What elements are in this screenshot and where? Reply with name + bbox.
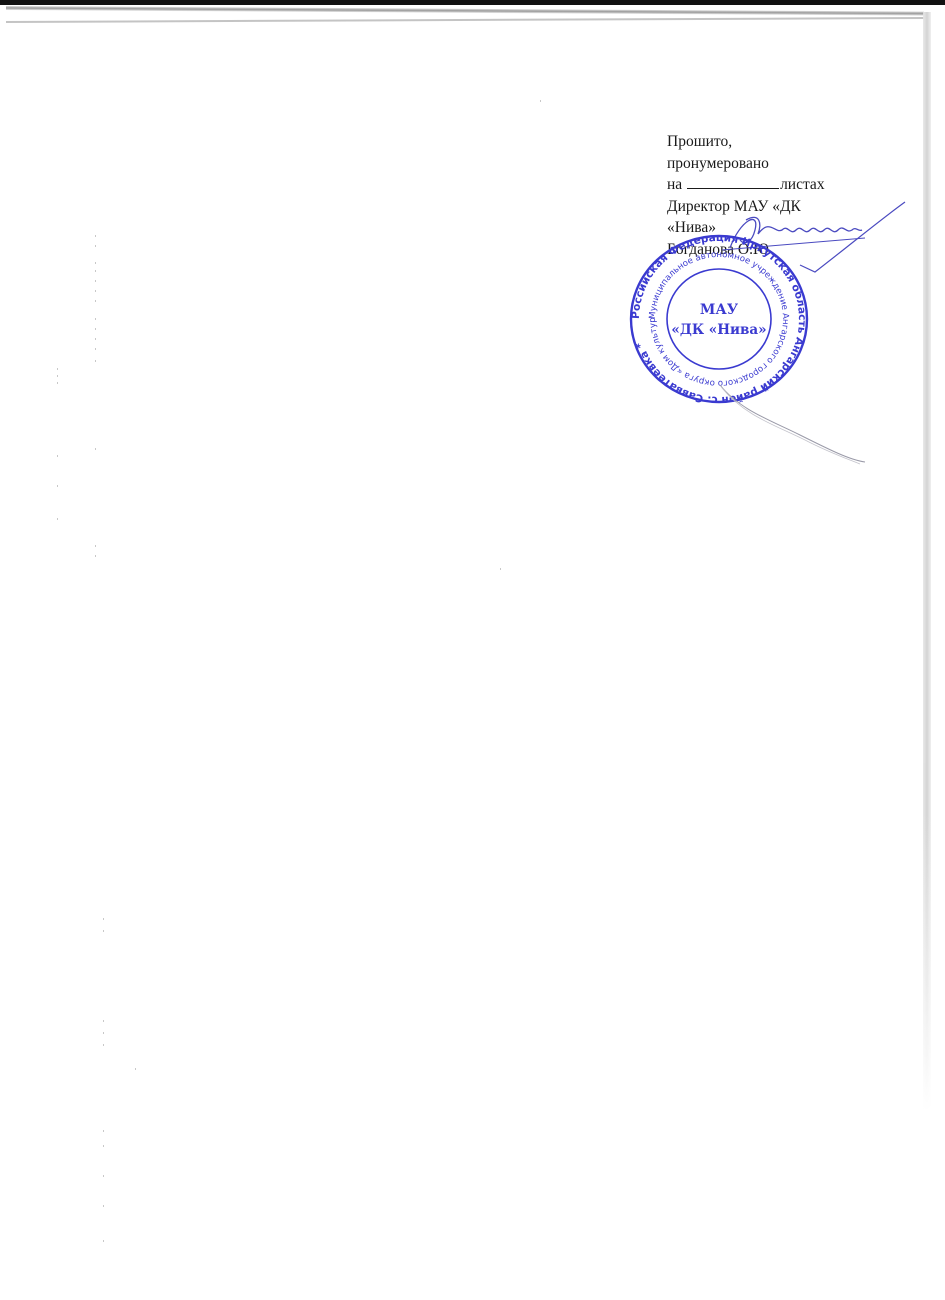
stamp-center-line-2: «ДК «Нива» (671, 322, 766, 338)
scan-speck (95, 262, 96, 264)
scan-speck (95, 280, 96, 282)
scan-speck (103, 1175, 104, 1177)
sheets-prefix: на (667, 176, 682, 193)
scan-page-edge-top (6, 6, 924, 16)
scan-page-edge-top-inner (6, 17, 924, 23)
scan-speck (103, 930, 104, 932)
scan-speck (95, 360, 96, 362)
stamp-icon: Российская Федерация Иркутская область А… (628, 234, 810, 404)
scan-speck (57, 368, 58, 370)
scan-speck (135, 1068, 136, 1070)
scan-top-band (0, 0, 945, 5)
scan-speck (95, 235, 96, 237)
binding-note-line-1: Прошито, (667, 131, 825, 153)
scan-speck (95, 555, 96, 557)
scan-speck (57, 518, 58, 520)
scan-speck (540, 100, 541, 102)
scan-speck (500, 568, 501, 570)
scan-speck (95, 328, 96, 330)
scan-speck (103, 1145, 104, 1147)
sheet-count-blank (687, 175, 779, 189)
scan-speck (95, 338, 96, 340)
scan-speck (57, 485, 58, 487)
scan-speck (57, 455, 58, 457)
pen-scratch-mark (700, 380, 880, 480)
scan-speck (103, 918, 104, 920)
scan-speck (95, 245, 96, 247)
scan-page-edge-right (923, 12, 931, 1112)
scan-speck (103, 1130, 104, 1132)
scan-speck (103, 1044, 104, 1046)
scan-speck (95, 318, 96, 320)
scan-speck (95, 300, 96, 302)
scan-speck (95, 290, 96, 292)
scan-speck (103, 1020, 104, 1022)
scan-speck (57, 375, 58, 377)
scan-speck (103, 1032, 104, 1034)
scan-speck (103, 1240, 104, 1242)
stamp-center-line-1: МАУ (700, 302, 739, 318)
binding-note-line-2: пронумеровано (667, 153, 825, 175)
scan-speck (103, 1205, 104, 1207)
scan-speck (95, 348, 96, 350)
scan-speck (95, 545, 96, 547)
scan-speck (95, 270, 96, 272)
scan-speck (95, 448, 96, 450)
scan-speck (57, 382, 58, 384)
